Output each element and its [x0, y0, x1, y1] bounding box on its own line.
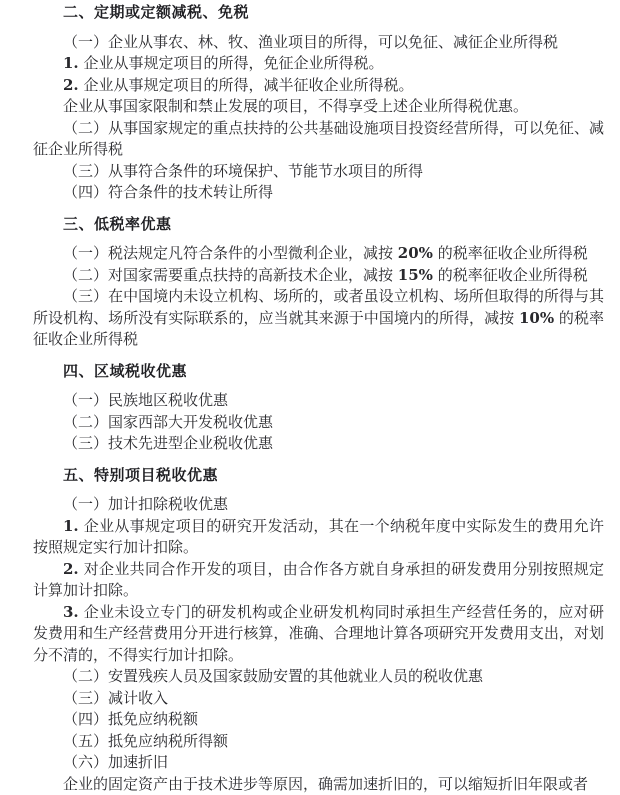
paragraph: （三）从事符合条件的环境保护、节能节水项目的所得 — [33, 161, 604, 183]
text-run: （四）抵免应纳税额 — [63, 710, 198, 728]
text-run: （六）加速折旧 — [63, 753, 168, 771]
emphasis-number: 20% — [398, 244, 433, 262]
paragraph: （一）民族地区税收优惠 — [33, 390, 604, 412]
text-run: （二）国家西部大开发税收优惠 — [63, 413, 273, 431]
paragraph: 1. 企业从事规定项目的研究开发活动，其在一个纳税年度中实际发生的费用允许按照规… — [33, 516, 604, 559]
paragraph: （三）技术先进型企业税收优惠 — [33, 433, 604, 455]
paragraph: 2. 对企业共同合作开发的项目，由合作各方就自身承担的研发费用分别按照规定计算加… — [33, 559, 604, 602]
text-run: （一）加计扣除税收优惠 — [63, 495, 228, 513]
emphasis-number: 3. — [63, 603, 79, 621]
text-run: （一）企业从事农、林、牧、渔业项目的所得，可以免征、减征企业所得税 — [63, 33, 558, 51]
emphasis-number: 2. — [63, 560, 79, 578]
emphasis-number: 1. — [63, 54, 79, 72]
text-run: 企业从事规定项目的所得，免征企业所得税。 — [79, 54, 384, 72]
emphasis-number: 2. — [63, 76, 79, 94]
text-run: （三）技术先进型企业税收优惠 — [63, 434, 273, 452]
text-run: （二）从事国家规定的重点扶持的公共基础设施项目投资经营所得，可以免征、减征企业所… — [33, 119, 604, 159]
text-run: 企业从事规定项目的所得，减半征收企业所得税。 — [79, 76, 414, 94]
text-run: 对企业共同合作开发的项目，由合作各方就自身承担的研发费用分别按照规定计算加计扣除… — [33, 560, 604, 600]
text-run: （三）从事符合条件的环境保护、节能节水项目的所得 — [63, 162, 423, 180]
text-run: 企业从事国家限制和禁止发展的项目，不得享受上述企业所得税优惠。 — [63, 97, 528, 115]
paragraph: （三）在中国境内未设立机构、场所的，或者虽设立机构、场所但取得的所得与其所设机构… — [33, 286, 604, 351]
text-run: （一）民族地区税收优惠 — [63, 391, 228, 409]
text-run: 企业的固定资产由于技术进步等原因，确需加速折旧的，可以缩短折旧年限或者 — [63, 775, 588, 793]
paragraph: （二）对国家需要重点扶持的高新技术企业，减按 15% 的税率征收企业所得税 — [33, 265, 604, 287]
text-run: （二）对国家需要重点扶持的高新技术企业，减按 — [63, 266, 398, 284]
paragraph: （一）加计扣除税收优惠 — [33, 494, 604, 516]
paragraph: 1. 企业从事规定项目的所得，免征企业所得税。 — [33, 53, 604, 75]
text-run: （五）抵免应纳税所得额 — [63, 732, 228, 750]
emphasis-number: 1. — [63, 517, 79, 535]
paragraph: 企业从事国家限制和禁止发展的项目，不得享受上述企业所得税优惠。 — [33, 96, 604, 118]
text-run: （二）安置残疾人员及国家鼓励安置的其他就业人员的税收优惠 — [63, 667, 483, 685]
section-heading: 三、低税率优惠 — [33, 214, 604, 236]
paragraph: （四）符合条件的技术转让所得 — [33, 182, 604, 204]
paragraph: （二）国家西部大开发税收优惠 — [33, 412, 604, 434]
paragraph: 3. 企业未设立专门的研发机构或企业研发机构同时承担生产经营任务的，应对研发费用… — [33, 602, 604, 667]
emphasis-number: 15% — [398, 266, 433, 284]
paragraph: （二）安置残疾人员及国家鼓励安置的其他就业人员的税收优惠 — [33, 666, 604, 688]
section-heading: 二、定期或定额减税、免税 — [33, 2, 604, 24]
emphasis-number: 10% — [519, 309, 554, 327]
paragraph: 2. 企业从事规定项目的所得，减半征收企业所得税。 — [33, 75, 604, 97]
text-run: （一）税法规定凡符合条件的小型微利企业，减按 — [63, 244, 398, 262]
document-content: 二、定期或定额减税、免税（一）企业从事农、林、牧、渔业项目的所得，可以免征、减征… — [33, 2, 604, 795]
paragraph: 企业的固定资产由于技术进步等原因，确需加速折旧的，可以缩短折旧年限或者 — [33, 774, 604, 795]
section-heading: 四、区域税收优惠 — [33, 361, 604, 383]
paragraph: （五）抵免应纳税所得额 — [33, 731, 604, 753]
paragraph: （一）税法规定凡符合条件的小型微利企业，减按 20% 的税率征收企业所得税 — [33, 243, 604, 265]
paragraph: （三）减计收入 — [33, 688, 604, 710]
paragraph: （四）抵免应纳税额 — [33, 709, 604, 731]
text-run: （三）减计收入 — [63, 689, 168, 707]
text-run: 的税率征收企业所得税 — [433, 244, 588, 262]
text-run: （四）符合条件的技术转让所得 — [63, 183, 273, 201]
paragraph: （一）企业从事农、林、牧、渔业项目的所得，可以免征、减征企业所得税 — [33, 32, 604, 54]
document-page: 二、定期或定额减税、免税（一）企业从事农、林、牧、渔业项目的所得，可以免征、减征… — [0, 0, 620, 795]
paragraph: （二）从事国家规定的重点扶持的公共基础设施项目投资经营所得，可以免征、减征企业所… — [33, 118, 604, 161]
text-run: 的税率征收企业所得税 — [433, 266, 588, 284]
text-run: 企业未设立专门的研发机构或企业研发机构同时承担生产经营任务的，应对研发费用和生产… — [33, 603, 604, 664]
text-run: 企业从事规定项目的研究开发活动，其在一个纳税年度中实际发生的费用允许按照规定实行… — [33, 517, 604, 557]
paragraph: （六）加速折旧 — [33, 752, 604, 774]
section-heading: 五、特别项目税收优惠 — [33, 465, 604, 487]
